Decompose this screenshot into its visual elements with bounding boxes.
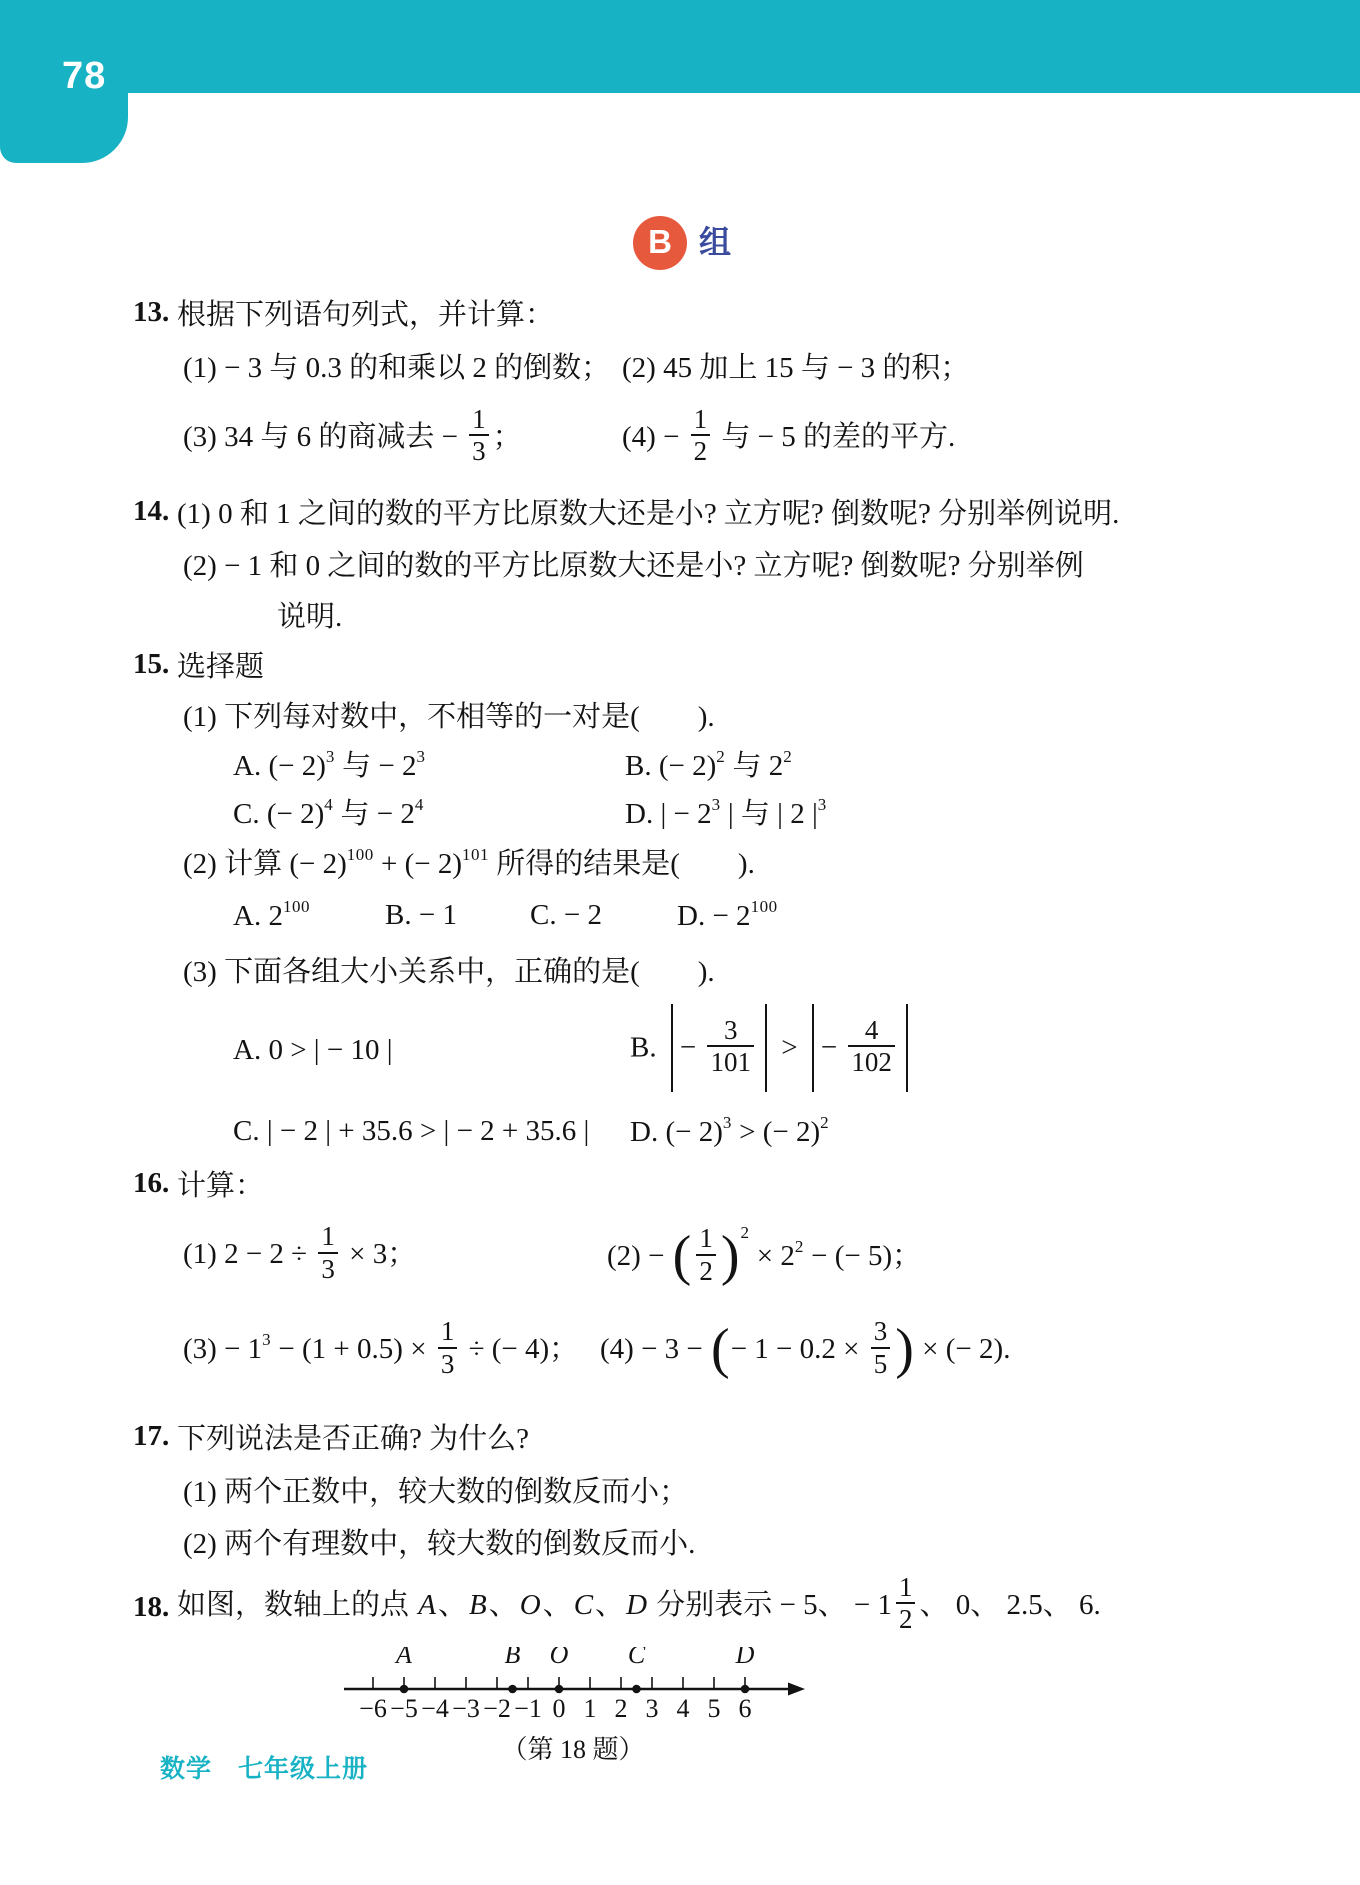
problem-13-row1: (1) − 3 与 0.3 的和乘以 2 的倒数； (2) 45 加上 15 与… <box>133 338 1253 393</box>
tick-label: −5 <box>390 1694 418 1723</box>
math-fraction: 12 <box>696 1223 716 1285</box>
math-text: (4) − <box>622 421 687 453</box>
number-line-figure: −6−5−4−3−2−10123456ABOCD <box>338 1647 808 1733</box>
option-C: C. (− 2)4 与 − 24 <box>233 791 625 832</box>
math-exponent: 2 <box>716 747 725 766</box>
options-15-2: A. 2100 B. − 1 C. − 2 D. − 2100 <box>133 887 1253 943</box>
math-abs-bar <box>906 1004 908 1092</box>
math-text: (1) 2 − 2 ÷ <box>183 1238 314 1270</box>
problem-13-head: 13. 根据下列语句列式，并计算： <box>133 286 1253 338</box>
problem-18-head: 18. 如图，数轴上的点 A、B、O、C、D 分别表示 − 5、 − 112、 … <box>133 1567 1253 1647</box>
math-text: − (1 + 0.5) × <box>271 1333 434 1365</box>
item-17-2: (2) 两个有理数中，较大数的倒数反而小. <box>183 1521 1253 1562</box>
math-text: 与 − 2 <box>335 750 417 782</box>
problem-16-row2: (3) − 13 − (1 + 0.5) × 13 ÷ (− 4)； (4) −… <box>133 1304 1253 1399</box>
math-text: D. | − 2 <box>625 798 712 830</box>
option-B: B. − 1 <box>385 899 530 932</box>
math-text: 与 − 2 <box>333 798 415 830</box>
item-14-2: (2) − 1 和 0 之间的数的平方比原数大还是小? 立方呢? 倒数呢? 分别… <box>183 543 1253 584</box>
header-band <box>0 0 1360 93</box>
math-text: 与 2 <box>725 750 783 782</box>
fraction-numerator: 1 <box>469 404 489 434</box>
tick-label: 3 <box>646 1694 659 1723</box>
problem-13-row2: (3) 34 与 6 的商减去 − 13； (4) − 12 与 − 5 的差的… <box>133 393 1253 485</box>
fraction-numerator: 3 <box>871 1316 891 1346</box>
math-text: 所得的结果是( ). <box>489 848 755 880</box>
math-exponent: 3 <box>723 1113 732 1132</box>
math-text: ； <box>493 421 522 453</box>
math-fraction: 13 <box>469 404 489 466</box>
option-A: A. 0 > | − 10 | <box>233 1034 630 1067</box>
option-A: A. (− 2)3 与 − 23 <box>233 743 625 784</box>
math-text: 分别表示 − 5、 − 1 <box>649 1589 892 1621</box>
math-abs-bar <box>765 1004 767 1092</box>
option-B: B. − 3101 > − 4102 <box>630 1006 1253 1094</box>
fraction-denominator: 3 <box>438 1347 458 1379</box>
fraction-denominator: 101 <box>707 1045 754 1077</box>
fraction-denominator: 2 <box>691 434 711 466</box>
problem-text: 如图，数轴上的点 A、B、O、C、D 分别表示 − 5、 − 112、 0、 2… <box>177 1576 1253 1638</box>
item-16-3: (3) − 13 − (1 + 0.5) × 13 ÷ (− 4)； <box>183 1320 600 1382</box>
math-exponent: 3 <box>416 747 425 766</box>
problem-14-row3: 说明. <box>133 589 1253 639</box>
option-C: C. − 2 <box>530 899 677 932</box>
problem-title: 根据下列语句列式，并计算： <box>177 292 1253 333</box>
item-16-1: (1) 2 − 2 ÷ 13 × 3； <box>183 1225 607 1287</box>
item-13-1: (1) − 3 与 0.3 的和乘以 2 的倒数； <box>183 345 622 386</box>
math-text: − <box>821 1032 845 1064</box>
item-17-1: (1) 两个正数中，较大数的倒数反而小； <box>183 1469 1253 1510</box>
axis-arrowhead <box>788 1683 805 1696</box>
option-D: D. − 2100 <box>677 897 1253 933</box>
options-15-3-CD: C. | − 2 | + 35.6 > | − 2 + 35.6 | D. (−… <box>133 1105 1253 1157</box>
figure-caption: （第 18 题） <box>338 1733 808 1767</box>
fraction-denominator: 3 <box>318 1252 338 1284</box>
tick-label: −3 <box>452 1694 480 1723</box>
options-15-1-AB: A. (− 2)3 与 − 23 B. (− 2)2 与 22 <box>133 739 1253 787</box>
math-exponent: 2 <box>795 1237 804 1256</box>
math-exponent: 2 <box>783 747 792 766</box>
math-text: 、 <box>595 1589 624 1621</box>
math-text: (4) − 3 − <box>600 1333 710 1365</box>
group-badge-letter: B <box>648 223 672 261</box>
math-text: × 2 <box>749 1240 794 1272</box>
math-exponent: 3 <box>818 795 827 814</box>
book-title: 数学 七年级上册 <box>160 1749 368 1785</box>
math-text: 如图，数轴上的点 <box>177 1589 416 1621</box>
math-abs-bar <box>812 1004 814 1092</box>
math-fraction: 4102 <box>848 1015 895 1077</box>
item-13-4: (4) − 12 与 − 5 的差的平方. <box>622 408 1253 470</box>
point-label: O <box>550 1647 569 1669</box>
math-text: B. <box>630 1032 664 1064</box>
math-text: B. (− 2) <box>625 750 716 782</box>
math-exponent: 4 <box>324 795 333 814</box>
question-15-2: (2) 计算 (− 2)100 + (− 2)101 所得的结果是( ). <box>133 835 1253 887</box>
math-italic-letter: A <box>416 1589 438 1621</box>
fraction-numerator: 1 <box>438 1316 458 1346</box>
math-italic-letter: B <box>467 1589 489 1621</box>
math-text: − 1 − 0.2 × <box>731 1333 867 1365</box>
point-dot <box>741 1685 750 1694</box>
math-text: (3) − 1 <box>183 1333 262 1365</box>
point-dot <box>632 1685 641 1694</box>
math-fraction: 12 <box>691 404 711 466</box>
option-B: B. (− 2)2 与 22 <box>625 743 1253 784</box>
question-stem: (2) 计算 (− 2)100 + (− 2)101 所得的结果是( ). <box>183 841 1253 882</box>
fraction-numerator: 1 <box>696 1223 716 1253</box>
question-15-3: (3) 下面各组大小关系中，正确的是( ). <box>133 943 1253 995</box>
math-text: (2) 计算 (− 2) <box>183 848 347 880</box>
math-text: + (− 2) <box>374 848 462 880</box>
fraction-denominator: 5 <box>871 1347 891 1379</box>
item-16-4: (4) − 3 − (− 1 − 0.2 × 35) × (− 2). <box>600 1320 1253 1382</box>
item-13-2: (2) 45 加上 15 与 − 3 的积； <box>622 345 1253 386</box>
page-number: 78 <box>62 55 106 98</box>
math-text: (2) − <box>607 1240 672 1272</box>
math-exponent: 3 <box>262 1330 271 1349</box>
question-stem: (3) 下面各组大小关系中，正确的是( ). <box>183 949 1253 990</box>
math-exponent: 100 <box>283 897 310 916</box>
math-text: 、 0、 2.5、 6. <box>919 1589 1100 1621</box>
exercise-content: 13. 根据下列语句列式，并计算： (1) − 3 与 0.3 的和乘以 2 的… <box>133 286 1253 1767</box>
point-label: A <box>394 1647 412 1669</box>
math-text: | 与 | 2 | <box>721 798 818 830</box>
math-text: 与 − 5 的差的平方. <box>714 421 955 453</box>
fraction-denominator: 2 <box>696 1254 716 1286</box>
math-text: > <box>774 1032 805 1064</box>
group-badge-label: 组 <box>699 216 731 270</box>
problem-16-row1: (1) 2 − 2 ÷ 13 × 3； (2) − (12)2 × 22 − (… <box>133 1209 1253 1304</box>
item-17-1-row: (1) 两个正数中，较大数的倒数反而小； <box>133 1463 1253 1515</box>
tick-label: −6 <box>359 1694 387 1723</box>
math-exponent: 101 <box>462 845 489 864</box>
fraction-denominator: 102 <box>848 1045 895 1077</box>
tick-label: −1 <box>514 1694 542 1723</box>
item-13-3: (3) 34 与 6 的商减去 − 13； <box>183 408 622 470</box>
point-dot <box>400 1685 409 1694</box>
math-exponent: 2 <box>820 1113 829 1132</box>
tick-label: 0 <box>553 1694 566 1723</box>
problem-number: 16. <box>133 1167 177 1200</box>
options-15-1-CD: C. (− 2)4 与 − 24 D. | − 23 | 与 | 2 |3 <box>133 787 1253 835</box>
math-text: C. (− 2) <box>233 798 324 830</box>
math-fraction: 13 <box>318 1221 338 1283</box>
math-fraction: 35 <box>871 1316 891 1378</box>
point-label: D <box>735 1647 755 1669</box>
tick-label: −4 <box>421 1694 449 1723</box>
problem-14-head: 14. (1) 0 和 1 之间的数的平方比原数大还是小? 立方呢? 倒数呢? … <box>133 485 1253 537</box>
tick-label: −2 <box>483 1694 511 1723</box>
textbook-page: 78 B 组 13. 根据下列语句列式，并计算： (1) − 3 与 0.3 的… <box>0 0 1360 1885</box>
tick-label: 5 <box>708 1694 721 1723</box>
problem-number: 13. <box>133 296 177 329</box>
problem-17-head: 17. 下列说法是否正确? 为什么? <box>133 1409 1253 1463</box>
fraction-denominator: 3 <box>469 434 489 466</box>
option-A: A. 2100 <box>233 897 385 933</box>
math-fraction: 13 <box>438 1316 458 1378</box>
tick-label: 2 <box>615 1694 628 1723</box>
question-stem: (1) 下列每对数中，不相等的一对是( ). <box>183 694 1253 735</box>
question-15-1: (1) 下列每对数中，不相等的一对是( ). <box>133 689 1253 739</box>
problem-title: 下列说法是否正确? 为什么? <box>177 1416 1253 1457</box>
problem-title: 选择题 <box>177 644 1253 685</box>
math-exponent: 3 <box>712 795 721 814</box>
number-line-svg: −6−5−4−3−2−10123456ABOCD <box>338 1647 808 1725</box>
math-text: A. (− 2) <box>233 750 326 782</box>
problem-number: 17. <box>133 1420 177 1453</box>
point-dot <box>555 1685 564 1694</box>
math-text: 、 <box>543 1589 572 1621</box>
item-14-1: (1) 0 和 1 之间的数的平方比原数大还是小? 立方呢? 倒数呢? 分别举例… <box>177 491 1253 532</box>
problem-16-head: 16. 计算： <box>133 1157 1253 1209</box>
fraction-numerator: 1 <box>691 404 711 434</box>
option-D: D. | − 23 | 与 | 2 |3 <box>625 791 1253 832</box>
math-fraction: 12 <box>896 1572 916 1634</box>
math-exponent: 100 <box>347 845 374 864</box>
math-text: D. − 2 <box>677 900 751 932</box>
fraction-numerator: 3 <box>707 1015 754 1045</box>
math-text: D. (− 2) <box>630 1116 723 1148</box>
fraction-numerator: 1 <box>896 1572 916 1602</box>
math-text: A. 2 <box>233 900 283 932</box>
math-text: 、 <box>438 1589 467 1621</box>
tick-label: 6 <box>739 1694 752 1723</box>
math-text: × 3； <box>342 1238 416 1270</box>
math-fraction: 3101 <box>707 1015 754 1077</box>
option-C: C. | − 2 | + 35.6 > | − 2 + 35.6 | <box>233 1115 630 1148</box>
tick-label: 4 <box>677 1694 690 1723</box>
point-dot <box>508 1685 517 1694</box>
fraction-denominator: 2 <box>896 1602 916 1634</box>
math-exponent: 3 <box>326 747 335 766</box>
math-text: ÷ (− 4)； <box>461 1333 578 1365</box>
problem-title: 计算： <box>177 1163 1253 1204</box>
math-exponent: 4 <box>415 795 424 814</box>
group-badge: B <box>633 216 687 270</box>
math-italic-letter: C <box>572 1589 595 1621</box>
fraction-numerator: 4 <box>848 1015 895 1045</box>
item-16-2: (2) − (12)2 × 22 − (− 5)； <box>607 1223 1253 1290</box>
point-label: C <box>628 1647 646 1669</box>
item-17-2-row: (2) 两个有理数中，较大数的倒数反而小. <box>133 1515 1253 1567</box>
problem-number: 18. <box>133 1591 177 1624</box>
problem-15-head: 15. 选择题 <box>133 639 1253 689</box>
math-italic-letter: D <box>624 1589 649 1621</box>
math-text: 、 <box>489 1589 518 1621</box>
math-text: > (− 2) <box>732 1116 820 1148</box>
tick-label: 1 <box>584 1694 597 1723</box>
math-text: × (− 2). <box>915 1333 1011 1365</box>
math-exponent: 100 <box>751 897 778 916</box>
math-text: − <box>680 1032 704 1064</box>
math-text: (3) 34 与 6 的商减去 − <box>183 421 465 453</box>
option-D: D. (− 2)3 > (− 2)2 <box>630 1113 1253 1149</box>
options-15-3-AB: A. 0 > | − 10 | B. − 3101 > − 4102 <box>133 995 1253 1105</box>
point-label: B <box>505 1647 521 1669</box>
problem-number: 15. <box>133 648 177 681</box>
problem-14-row2: (2) − 1 和 0 之间的数的平方比原数大还是小? 立方呢? 倒数呢? 分别… <box>133 537 1253 589</box>
fraction-numerator: 1 <box>318 1221 338 1251</box>
math-text: − (− 5)； <box>804 1240 921 1272</box>
math-abs-bar <box>671 1004 673 1092</box>
item-14-2-cont: 说明. <box>277 594 1253 635</box>
math-italic-letter: O <box>518 1589 543 1621</box>
problem-number: 14. <box>133 495 177 528</box>
